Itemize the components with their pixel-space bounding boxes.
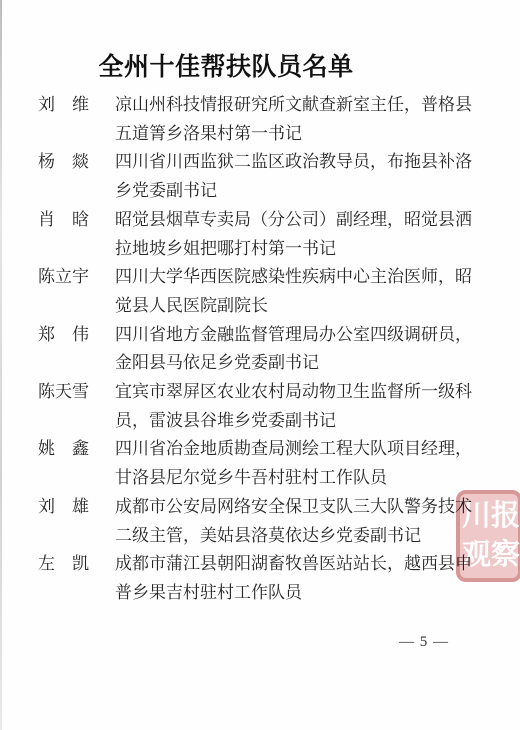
stamp-char: 报 <box>491 502 520 531</box>
stamp-char: 察 <box>491 541 520 570</box>
person-description: 四川省地方金融监督管理局办公室四级调研员，金阳县马依足乡党委副书记 <box>115 321 478 378</box>
person-name: 左 凯 <box>38 550 90 579</box>
person-name: 肖 晗 <box>38 206 90 235</box>
description-line: 成都市蒲江县朝阳湖畜牧兽医站站长，越西县申 <box>115 550 478 579</box>
description-line: 金阳县马依足乡党委副书记 <box>115 349 478 378</box>
description-line: 昭觉县烟草专卖局（分公司）副经理，昭觉县洒 <box>115 206 478 235</box>
person-description: 宜宾市翠屏区农业农村局动物卫生监督所一级科员，雷波县谷堆乡党委副书记 <box>115 378 478 435</box>
list-item: 陈立宇 四川大学华西医院感染性疾病中心主治医师，昭觉县人民医院副院长 <box>38 263 478 320</box>
list-item: 郑 伟 四川省地方金融监督管理局办公室四级调研员，金阳县马依足乡党委副书记 <box>38 321 478 378</box>
description-line: 四川省冶金地质勘查局测绘工程大队项目经理， <box>115 435 478 464</box>
description-line: 觉县人民医院副院长 <box>115 292 478 321</box>
person-name: 陈天雪 <box>38 378 90 407</box>
description-line: 二级主管，美姑县洛莫依达乡党委副书记 <box>115 522 478 551</box>
person-description: 昭觉县烟草专卖局（分公司）副经理，昭觉县洒拉地坡乡姐把哪打村第一书记 <box>115 206 478 263</box>
person-name: 郑 伟 <box>38 321 90 350</box>
page-number: — 5 — <box>399 634 449 651</box>
person-name: 陈立宇 <box>38 263 90 292</box>
description-line: 普乡果吉村驻村工作队员 <box>115 579 478 608</box>
person-name: 姚 鑫 <box>38 435 90 464</box>
person-description: 四川大学华西医院感染性疾病中心主治医师，昭觉县人民医院副院长 <box>115 263 478 320</box>
description-line: 四川省川西监狱二监区政治教导员，布拖县补洛 <box>115 148 478 177</box>
person-description: 四川省冶金地质勘查局测绘工程大队项目经理，甘洛县尼尔觉乡牛吾村驻村工作队员 <box>115 435 478 492</box>
document-page: 全州十佳帮扶队员名单 刘 维 凉山州科技情报研究所文献查新室主任，普格县五道箐乡… <box>0 0 520 730</box>
list-item: 肖 晗 昭觉县烟草专卖局（分公司）副经理，昭觉县洒拉地坡乡姐把哪打村第一书记 <box>38 206 478 263</box>
description-line: 四川省地方金融监督管理局办公室四级调研员， <box>115 321 478 350</box>
person-name: 刘 雄 <box>38 493 90 522</box>
description-line: 甘洛县尼尔觉乡牛吾村驻村工作队员 <box>115 464 478 493</box>
scan-edge-artifact <box>0 0 2 730</box>
description-line: 宜宾市翠屏区农业农村局动物卫生监督所一级科 <box>115 378 478 407</box>
list-item: 陈天雪 宜宾市翠屏区农业农村局动物卫生监督所一级科员，雷波县谷堆乡党委副书记 <box>38 378 478 435</box>
person-name: 刘 维 <box>38 91 90 120</box>
person-description: 凉山州科技情报研究所文献查新室主任，普格县五道箐乡洛果村第一书记 <box>115 91 478 148</box>
description-line: 凉山州科技情报研究所文献查新室主任，普格县 <box>115 91 478 120</box>
stamp-char: 川 <box>462 502 491 531</box>
list-item: 杨 燚 四川省川西监狱二监区政治教导员，布拖县补洛乡党委副书记 <box>38 148 478 205</box>
stamp-char: 观 <box>462 541 491 570</box>
page-title: 全州十佳帮扶队员名单 <box>0 47 452 83</box>
person-description: 成都市蒲江县朝阳湖畜牧兽医站站长，越西县申普乡果吉村驻村工作队员 <box>115 550 478 607</box>
description-line: 五道箐乡洛果村第一书记 <box>115 120 478 149</box>
watermark-stamp: 川 报 观 察 <box>456 490 520 582</box>
person-name: 杨 燚 <box>38 148 90 177</box>
list-item: 刘 雄 成都市公安局网络安全保卫支队三大队警务技术二级主管，美姑县洛莫依达乡党委… <box>38 493 478 550</box>
list-item: 刘 维 凉山州科技情报研究所文献查新室主任，普格县五道箐乡洛果村第一书记 <box>38 91 478 148</box>
description-line: 拉地坡乡姐把哪打村第一书记 <box>115 235 478 264</box>
description-line: 成都市公安局网络安全保卫支队三大队警务技术 <box>115 493 478 522</box>
list-item: 姚 鑫 四川省冶金地质勘查局测绘工程大队项目经理，甘洛县尼尔觉乡牛吾村驻村工作队… <box>38 435 478 492</box>
list-item: 左 凯 成都市蒲江县朝阳湖畜牧兽医站站长，越西县申普乡果吉村驻村工作队员 <box>38 550 478 607</box>
person-description: 四川省川西监狱二监区政治教导员，布拖县补洛乡党委副书记 <box>115 148 478 205</box>
roster-list: 刘 维 凉山州科技情报研究所文献查新室主任，普格县五道箐乡洛果村第一书记 杨 燚… <box>38 91 478 608</box>
description-line: 四川大学华西医院感染性疾病中心主治医师，昭 <box>115 263 478 292</box>
person-description: 成都市公安局网络安全保卫支队三大队警务技术二级主管，美姑县洛莫依达乡党委副书记 <box>115 493 478 550</box>
description-line: 员，雷波县谷堆乡党委副书记 <box>115 407 478 436</box>
description-line: 乡党委副书记 <box>115 177 478 206</box>
